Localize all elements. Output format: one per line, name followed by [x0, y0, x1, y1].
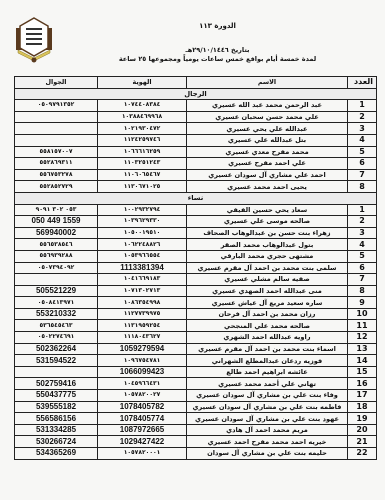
row-number: 13 [348, 343, 377, 355]
mobile-number: 539555182 [15, 401, 98, 413]
participant-name: رزان محمد بن احمد آل فرحان [187, 308, 348, 320]
participant-name: صالحه موسى علي عسيري [187, 216, 348, 228]
table-body: الرجال1عبد الرحمن محمد عبد الله عسيري١٠٧… [15, 88, 377, 459]
row-number: 7 [348, 169, 377, 181]
participant-name: راويه عبدالله احمد الشهري [187, 332, 348, 344]
section-title: نساء [15, 192, 377, 204]
table-row: 4بتل عبدالله علي عسيري١١٢٤٢٥٩٧٤٦ [15, 134, 377, 146]
table-row: 3زهراء بنت حسن بن عبدالوهاب الصحاف١٠٥٠٠١… [15, 227, 377, 239]
table-row: 2علي محمد حسن سحبان عسيري١٠٣٨٨٤٦٩٩٦٨ [15, 111, 377, 123]
table-row: 19عهود بنت علي بن مشاري آل سودان عسيري10… [15, 413, 377, 425]
table-row: 14فوزيه ردعان عبدالمطلع الشهراني١٠٩٦٧٥٤٧… [15, 355, 377, 367]
mobile-number [15, 111, 98, 123]
column-header-name: الاسم [187, 77, 348, 89]
national-id: ١١٣٠٦٧١٠٢٥ [98, 181, 187, 193]
mobile-number: ٥٥٢٨٥٢٧٢٩ [15, 181, 98, 193]
row-number: 18 [348, 401, 377, 413]
participant-name: صالحه محمد علي المنجحي [187, 320, 348, 332]
row-number: 8 [348, 181, 377, 193]
national-id: ١٠٦٦٦١٦٢٥٩ [98, 146, 187, 158]
mobile-number: 502759416 [15, 378, 98, 390]
participant-name: ساره سعيد مريع آل عياش عسيري [187, 297, 348, 309]
mobile-number: 531594522 [15, 355, 98, 367]
national-id: ١٠٤٥٩٦٦٤٣١ [98, 378, 187, 390]
row-number: 4 [348, 239, 377, 251]
national-id: ١٠٠٢٩٣٢٧٩٤ [98, 204, 187, 216]
participant-name: علي محمد حسن سحبان عسيري [187, 111, 348, 123]
mobile-number: 505521229 [15, 285, 98, 297]
mobile-number: ٠٥٠٨٤١٣٩٧١ [15, 297, 98, 309]
table-row: 10رزان محمد بن احمد آل فرحان١١٢٧٧٣٩٩٧٥55… [15, 308, 377, 320]
participant-name: احمد علي مشاري آل سودان عسيري [187, 169, 348, 181]
column-header-id: الهوية [98, 77, 187, 89]
course-date: بتاريخ ٢٩/١٠/١٤٤٦هـ [60, 46, 375, 54]
section-title: الرجال [15, 88, 377, 100]
participant-name: مريم محمد احمد آل هادي [187, 424, 348, 436]
row-number: 12 [348, 332, 377, 344]
table-row: 6سلمى بنت محمد بن احمد آل مقرم عسيري1113… [15, 262, 377, 274]
participant-name: وفاء بنت علي بن مشاري آل سودان عسيري [187, 390, 348, 402]
national-id: ١١٣١٩٥٩٢٥٤ [98, 320, 187, 332]
table-row: 13اسماء بنت محمد بن احمد آل مقرم عسيري10… [15, 343, 377, 355]
table-row: 12راويه عبدالله احمد الشهري١١١٨٠٤٣٦٢٧٠٥٠… [15, 332, 377, 344]
table-row: 18فاطمه بنت علي بن مشاري آل سودان عسيري1… [15, 401, 377, 413]
national-id: 1059279594 [98, 343, 187, 355]
national-id: ١٠٥٠٠١٩٥١٠ [98, 227, 187, 239]
row-number: 20 [348, 424, 377, 436]
table-row: 9ساره سعيد مريع آل عياش عسيري١٠٨٦٣٥٤٩٩٨٠… [15, 297, 377, 309]
table-row: 17وفاء بنت علي بن مشاري آل سودان عسيري١٠… [15, 390, 377, 402]
column-header-phone: الجوال [15, 77, 98, 89]
national-id: 1066099423 [98, 366, 187, 378]
national-id: ١١٢٤٢٥٩٧٤٦ [98, 134, 187, 146]
table-row: 1عبد الرحمن محمد عبد الله عسيري١٠٧٤٤٠٨٣٨… [15, 100, 377, 112]
national-id: ١٠٥٧٨٢٠٠٠١ [98, 448, 187, 460]
mobile-number: 534365269 [15, 448, 98, 460]
mobile-number: 553210332 [15, 308, 98, 320]
logo-emblem-icon [14, 14, 54, 64]
row-number: 22 [348, 448, 377, 460]
table-row: 5محمد مفرح معدي عسيري١٠٦٦٦١٦٢٥٩٥٥٨١٥٧٠٠٧ [15, 146, 377, 158]
mobile-number: ٥٥٢٨٦٩٣١١ [15, 158, 98, 170]
row-number: 21 [348, 436, 377, 448]
row-number: 3 [348, 227, 377, 239]
mobile-number: 556586156 [15, 413, 98, 425]
participant-name: فاطمه بنت علي بن مشاري آل سودان عسيري [187, 401, 348, 413]
row-number: 3 [348, 123, 377, 135]
national-id: ١٠٦٢٢٤٨٨٢٦ [98, 239, 187, 251]
mobile-number: ٥٥٦٩٣٩٢٨٨ [15, 250, 98, 262]
row-number: 5 [348, 250, 377, 262]
table-header-row: العدد الاسم الهوية الجوال [15, 77, 377, 89]
national-id: 1078405782 [98, 401, 187, 413]
national-id: ١٠٧١٣٠٢٧١٣ [98, 285, 187, 297]
table-row: 16تهاني علي أحمد محمد عسيري١٠٤٥٩٦٦٤٣١502… [15, 378, 377, 390]
row-number: 9 [348, 297, 377, 309]
row-number: 5 [348, 146, 377, 158]
national-id: 1078405774 [98, 413, 187, 425]
participant-name: عائشه ابراهيم احمد طالع [187, 366, 348, 378]
national-id: ١١٠٣٢٥١٢٤٣ [98, 158, 187, 170]
association-logo [14, 14, 54, 64]
mobile-number [15, 366, 98, 378]
mobile-number: ٠٥٠٩٧٩١٣٥٢ [15, 100, 98, 112]
national-id: ١٠٣٩٦٢٩٣٣٠ [98, 216, 187, 228]
table-row: 21خيريه احمد محمد مفرح احمد عسيري1029427… [15, 436, 377, 448]
national-id: 1029427422 [98, 436, 187, 448]
national-id: ١٠٥٣٩٦٦٥٥٤ [98, 250, 187, 262]
table-row: 3عبدالله علي يحي عسيري١٠٢١٩٣٠٤٧٢ [15, 123, 377, 135]
table-row: 5مشتهى حجري محمد البارقي١٠٥٣٩٦٦٥٥٤٥٥٦٩٣٩… [15, 250, 377, 262]
mobile-number [15, 123, 98, 135]
mobile-number: ٥٣٦٥٤٥٤٦٣ [15, 320, 98, 332]
national-id: ١٠٣٨٨٤٦٩٩٦٨ [98, 111, 187, 123]
table-row: 6علي احمد مفرح عسيري١١٠٣٢٥١٢٤٣٥٥٢٨٦٩٣١١ [15, 158, 377, 170]
mobile-number: ٥٥٦٥٣٨٥٤٦ [15, 239, 98, 251]
row-number: 11 [348, 320, 377, 332]
participants-table: العدد الاسم الهوية الجوال الرجال1عبد الر… [14, 76, 377, 460]
participant-name: خيريه احمد محمد مفرح احمد عسيري [187, 436, 348, 448]
table-row: 7صفيه سالم مشلي عسيري١٠٤١٦٦٩١٨٣ [15, 274, 377, 286]
national-id: ١٠٢١٩٣٠٤٧٢ [98, 123, 187, 135]
row-number: 4 [348, 134, 377, 146]
row-number: 2 [348, 111, 377, 123]
course-duration: لمدة خمسة أيام بواقع خمس ساعات يومياً وم… [60, 55, 375, 63]
table-row: 11صالحه محمد علي المنجحي١١٣١٩٥٩٢٥٤٥٣٦٥٤٥… [15, 320, 377, 332]
national-id: ١١٠٦٠٦٥٤٦٧ [98, 169, 187, 181]
mobile-number: ٠٥٠٢٢٧٤٦٩١ [15, 332, 98, 344]
participant-name: اسماء بنت محمد بن احمد آل مقرم عسيري [187, 343, 348, 355]
row-number: 15 [348, 366, 377, 378]
participant-name: فوزيه ردعان عبدالمطلع الشهراني [187, 355, 348, 367]
section-header-row: نساء [15, 192, 377, 204]
mobile-number: 502362264 [15, 343, 98, 355]
mobile-number: ٠٥٠٧٣٩٤٠٩٢ [15, 262, 98, 274]
table-row: 2صالحه موسى علي عسيري١٠٣٩٦٢٩٣٣٠050 449 1… [15, 216, 377, 228]
participant-name: يحيى احمد محمد عسيري [187, 181, 348, 193]
participant-name: مشتهى حجري محمد البارقي [187, 250, 348, 262]
mobile-number: 050 449 1559 [15, 216, 98, 228]
national-id: 1113381394 [98, 262, 187, 274]
mobile-number: 550437775 [15, 390, 98, 402]
mobile-number: 531334285 [15, 424, 98, 436]
participant-name: محمد مفرح معدي عسيري [187, 146, 348, 158]
row-number: 2 [348, 216, 377, 228]
table-row: 8يحيى احمد محمد عسيري١١٣٠٦٧١٠٢٥٥٥٢٨٥٢٧٢٩ [15, 181, 377, 193]
participant-name: سعاد يحي حسين الفيفي [187, 204, 348, 216]
national-id: 1087972665 [98, 424, 187, 436]
participant-name: سلمى بنت محمد بن احمد آل مقرم عسيري [187, 262, 348, 274]
table-row: 15عائشه ابراهيم احمد طالع1066099423 [15, 366, 377, 378]
mobile-number: ٠٥٣ ٣٠٢ ٩٠٩١ [15, 204, 98, 216]
table-row: 1سعاد يحي حسين الفيفي١٠٠٢٩٣٢٧٩٤٠٥٣ ٣٠٢ ٩… [15, 204, 377, 216]
table-row: 8منى عبدالله احمد الصهدي عسيري١٠٧١٣٠٢٧١٣… [15, 285, 377, 297]
mobile-number: 530266724 [15, 436, 98, 448]
row-number: 19 [348, 413, 377, 425]
section-header-row: الرجال [15, 88, 377, 100]
participant-name: علي احمد مفرح عسيري [187, 158, 348, 170]
row-number: 10 [348, 308, 377, 320]
mobile-number: ٥٥٦٧٥٣٢٧٨ [15, 169, 98, 181]
row-number: 7 [348, 274, 377, 286]
mobile-number: 569940002 [15, 227, 98, 239]
mobile-number [15, 134, 98, 146]
column-header-num: العدد [348, 77, 377, 89]
participant-name: صفيه سالم مشلي عسيري [187, 274, 348, 286]
table-row: 7احمد علي مشاري آل سودان عسيري١١٠٦٠٦٥٤٦٧… [15, 169, 377, 181]
participant-name: بتول عبدالوهاب محمد الصقر [187, 239, 348, 251]
national-id: ١١١٨٠٤٣٦٢٧ [98, 332, 187, 344]
national-id: ١٠٥٧٨٢٠٠٢٧ [98, 390, 187, 402]
participant-name: تهاني علي أحمد محمد عسيري [187, 378, 348, 390]
row-number: 17 [348, 390, 377, 402]
row-number: 16 [348, 378, 377, 390]
mobile-number [15, 274, 98, 286]
national-id: ١٠٤١٦٦٩١٨٣ [98, 274, 187, 286]
row-number: 1 [348, 100, 377, 112]
participant-name: عهود بنت علي بن مشاري آل سودان عسيري [187, 413, 348, 425]
row-number: 1 [348, 204, 377, 216]
participant-name: زهراء بنت حسن بن عبدالوهاب الصحاف [187, 227, 348, 239]
participant-name: بتل عبدالله علي عسيري [187, 134, 348, 146]
national-id: ١١٢٧٧٣٩٩٧٥ [98, 308, 187, 320]
national-id: ١٠٧٤٤٠٨٣٨٤ [98, 100, 187, 112]
participant-name: حليمه بنت علي بن مشاري آل سودان [187, 448, 348, 460]
table-row: 22حليمه بنت علي بن مشاري آل سودان١٠٥٧٨٢٠… [15, 448, 377, 460]
participant-name: منى عبدالله احمد الصهدي عسيري [187, 285, 348, 297]
row-number: 14 [348, 355, 377, 367]
row-number: 6 [348, 262, 377, 274]
national-id: ١٠٩٦٧٥٤٧٨١ [98, 355, 187, 367]
mobile-number: ٥٥٨١٥٧٠٠٧ [15, 146, 98, 158]
course-title: الدورة ١١٣ [60, 22, 375, 30]
participant-name: عبد الرحمن محمد عبد الله عسيري [187, 100, 348, 112]
row-number: 8 [348, 285, 377, 297]
participant-name: عبدالله علي يحي عسيري [187, 123, 348, 135]
national-id: ١٠٨٦٣٥٤٩٩٨ [98, 297, 187, 309]
table-row: 4بتول عبدالوهاب محمد الصقر١٠٦٢٢٤٨٨٢٦٥٥٦٥… [15, 239, 377, 251]
table-row: 20مريم محمد احمد آل هادي1087972665531334… [15, 424, 377, 436]
row-number: 6 [348, 158, 377, 170]
